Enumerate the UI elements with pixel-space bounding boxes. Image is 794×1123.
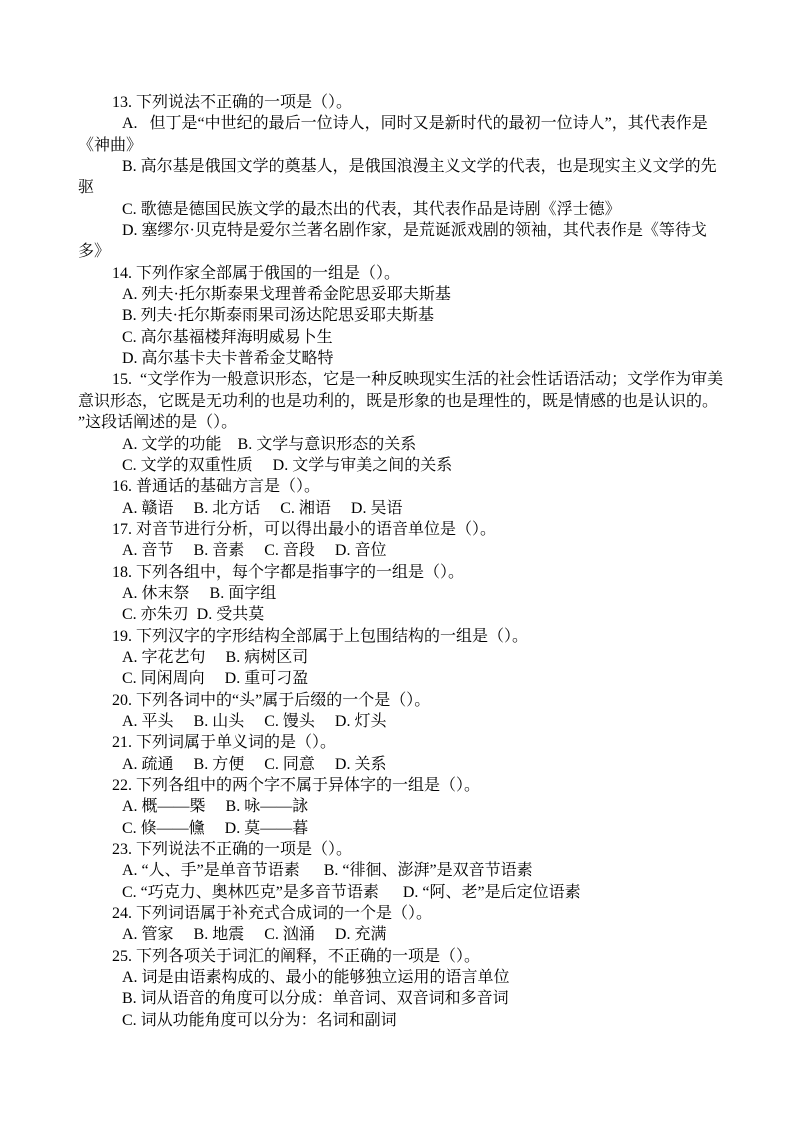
q25-option-a: A. 词是由语素构成的、最小的能够独立运用的语言单位 (78, 967, 738, 988)
q24-stem: 24. 下列词语属于补充式合成词的一个是（）。 (78, 903, 738, 924)
q16-stem: 16. 普通话的基础方言是（）。 (78, 476, 738, 497)
q19-stem: 19. 下列汉字的字形结构全部属于上包围结构的一组是（）。 (78, 626, 738, 647)
q13-stem: 13. 下列说法不正确的一项是（）。 (78, 92, 738, 113)
q14-stem: 14. 下列作家全部属于俄国的一组是（）。 (78, 263, 738, 284)
document-page: 13. 下列说法不正确的一项是（）。 A. 但丁是“中世纪的最后一位诗人，同时又… (0, 0, 794, 1123)
q19-options-cd: C. 同闲周向 D. 重可刁盈 (78, 668, 738, 689)
q14-option-c: C. 高尔基福楼拜海明威易卜生 (78, 327, 738, 348)
q13-option-c: C. 歌德是德国民族文学的最杰出的代表，其代表作品是诗剧《浮士德》 (78, 199, 738, 220)
q13-option-a-cont: 《神曲》 (78, 135, 738, 156)
q15-options-ab: A. 文学的功能 B. 文学与意识形态的关系 (78, 434, 738, 455)
q20-stem: 20. 下列各词中的“头”属于后缀的一个是（）。 (78, 690, 738, 711)
q13-option-b-cont: 驱 (78, 177, 738, 198)
q13-option-d-cont: 多》 (78, 241, 738, 262)
q14-option-b: B. 列夫·托尔斯泰雨果司汤达陀思妥耶夫斯基 (78, 305, 738, 326)
q25-option-c: C. 词从功能角度可以分为：名词和副词 (78, 1010, 738, 1031)
q24-options: A. 管家 B. 地震 C. 汹涌 D. 充满 (78, 924, 738, 945)
q13-option-d: D. 塞缪尔·贝克特是爱尔兰著名剧作家，是荒诞派戏剧的领袖，其代表作是《等待戈 (78, 220, 738, 241)
q15-stem: 15. “文学作为一般意识形态，它是一种反映现实生活的社会性话语活动；文学作为审… (78, 369, 738, 390)
q21-stem: 21. 下列词属于单义词的是（）。 (78, 732, 738, 753)
q25-option-b: B. 词从语音的角度可以分成：单音词、双音词和多音词 (78, 988, 738, 1009)
q18-options-cd: C. 亦朱刃 D. 受共莫 (78, 604, 738, 625)
q15-stem-cont-1: 意识形态，它既是无功利的也是功利的，既是形象的也是理性的，既是情感的也是认识的。 (78, 391, 738, 412)
q13-option-b: B. 高尔基是俄国文学的奠基人，是俄国浪漫主义文学的代表，也是现实主义文学的先 (78, 156, 738, 177)
q14-option-a: A. 列夫·托尔斯泰果戈理普希金陀思妥耶夫斯基 (78, 284, 738, 305)
q22-options-ab: A. 概——槩 B. 咏——詠 (78, 796, 738, 817)
q14-option-d: D. 高尔基卡夫卡普希金艾略特 (78, 348, 738, 369)
q21-options: A. 疏通 B. 方便 C. 同意 D. 关系 (78, 754, 738, 775)
q20-options: A. 平头 B. 山头 C. 馒头 D. 灯头 (78, 711, 738, 732)
exam-text-block: 13. 下列说法不正确的一项是（）。 A. 但丁是“中世纪的最后一位诗人，同时又… (78, 92, 738, 1031)
q25-stem: 25. 下列各项关于词汇的阐释，不正确的一项是（）。 (78, 946, 738, 967)
q16-options: A. 赣语 B. 北方话 C. 湘语 D. 吴语 (78, 498, 738, 519)
q15-options-cd: C. 文学的双重性质 D. 文学与审美之间的关系 (78, 455, 738, 476)
q19-options-ab: A. 字花艺句 B. 病树区司 (78, 647, 738, 668)
q22-options-cd: C. 倏——儵 D. 莫——暮 (78, 818, 738, 839)
q22-stem: 22. 下列各组中的两个字不属于异体字的一组是（）。 (78, 775, 738, 796)
q18-options-ab: A. 休末祭 B. 面字组 (78, 583, 738, 604)
q23-stem: 23. 下列说法不正确的一项是（）。 (78, 839, 738, 860)
q15-stem-cont-2: ”这段话阐述的是（）。 (78, 412, 738, 433)
q13-option-a: A. 但丁是“中世纪的最后一位诗人，同时又是新时代的最初一位诗人”，其代表作是 (78, 113, 738, 134)
q17-stem: 17. 对音节进行分析，可以得出最小的语音单位是（）。 (78, 519, 738, 540)
q23-options-cd: C. “巧克力、奥林匹克”是多音节语素 D. “阿、老”是后定位语素 (78, 882, 738, 903)
q17-options: A. 音节 B. 音素 C. 音段 D. 音位 (78, 540, 738, 561)
q23-options-ab: A. “人、手”是单音节语素 B. “徘徊、澎湃”是双音节语素 (78, 860, 738, 881)
q18-stem: 18. 下列各组中，每个字都是指事字的一组是（）。 (78, 562, 738, 583)
